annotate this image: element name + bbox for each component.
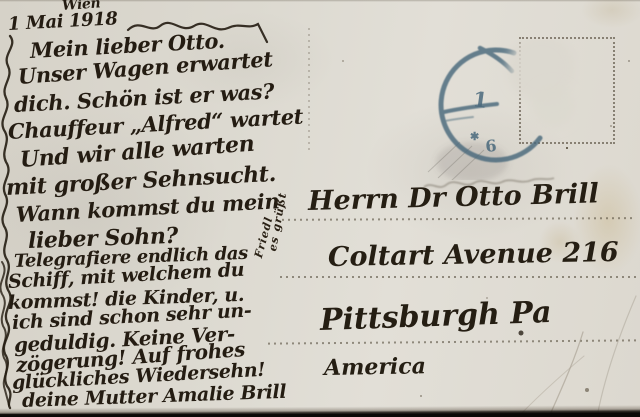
- postmark-digit: 6: [484, 136, 497, 156]
- heading-date: 1 Mai 1918: [7, 8, 118, 35]
- address-rule-1: [276, 217, 632, 221]
- address-street: Coltart Avenue 216: [328, 237, 619, 273]
- paper-specks: [566, 147, 568, 149]
- postmark-star: ✱: [470, 130, 479, 143]
- address-country: America: [324, 353, 426, 381]
- photo-background: Wien 1 Mai 1918 Mein lieber Otto. Unser …: [0, 0, 640, 417]
- address-recipient: Herrn Dr Otto Brill: [308, 178, 600, 217]
- center-divider-line: [308, 28, 310, 150]
- postmark-numeral: 1: [471, 86, 489, 113]
- address-rule-3: [268, 339, 640, 344]
- address-city: Pittsburgh Pa: [319, 295, 552, 338]
- smudge-mark: [436, 142, 508, 180]
- stamp-box: [519, 37, 615, 144]
- left-margin-scrawl: [2, 36, 12, 408]
- postcard: Wien 1 Mai 1918 Mein lieber Otto. Unser …: [0, 0, 640, 414]
- address-rule-2: [280, 276, 638, 278]
- smudge-hatch: [428, 142, 484, 180]
- postmark-characters: 1 ✱ 6: [470, 86, 497, 156]
